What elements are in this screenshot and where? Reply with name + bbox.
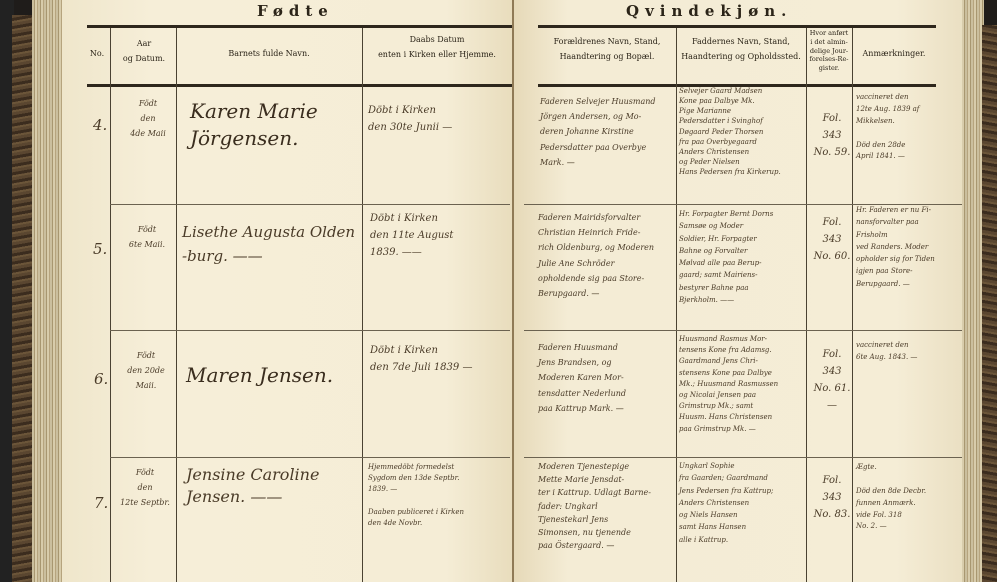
entry-number: 5. <box>93 240 107 258</box>
right-page: Qvindekjøn. Forældrenes Navn, Stand, Haa… <box>514 0 964 582</box>
entry-godparents: Huusmand Rasmus Mor- tensens Kone fra Ad… <box>679 334 805 435</box>
entry-ledger-reference: Fol. 343 No. 60. <box>812 214 852 265</box>
entry-baptism: Döbt i Kirken den 7de Juli 1839 — <box>370 342 510 376</box>
right-page-title: Qvindekjøn. <box>626 2 792 20</box>
entry-child-name: Lisethe Augusta Olden -burg. —— <box>182 220 362 268</box>
header-baptism-date: Daabs Datum enten i Kirken eller Hjemme. <box>362 32 512 62</box>
entry-number: 7. <box>94 494 108 512</box>
entry-godparents: Selvejer Gaard Madsen Kone paa Dalbye Mk… <box>679 86 805 177</box>
left-page: Fødte No. Aar og Datum. Barnets fulde Na… <box>62 0 514 582</box>
entry-parents: Faderen Mairidsforvalter Christian Heinr… <box>538 210 676 301</box>
header-bottom-rule <box>87 84 512 87</box>
header-child-name: Barnets fulde Navn. <box>176 46 362 61</box>
entry-child-name: Jensine Caroline Jensen. —— <box>186 464 362 509</box>
book-binding-right <box>982 25 997 582</box>
book-binding-left <box>12 15 34 582</box>
column-divider <box>806 28 807 582</box>
entry-remarks: vaccineret den 12te Aug. 1839 af Mikkels… <box>856 92 942 163</box>
left-page-title: Fødte <box>257 2 334 20</box>
page-edges-right <box>962 0 984 582</box>
entry-ledger-reference: Fol. 343 No. 59. <box>812 110 852 161</box>
entry-remarks: Hr. Faderen er nu Fi- nansforvalter paa … <box>856 204 946 290</box>
header-year-date: Aar og Datum. <box>112 36 176 66</box>
header-top-rule <box>538 25 936 28</box>
header-top-rule <box>87 25 512 28</box>
entry-remarks: vaccineret den 6te Aug. 1843. — <box>856 340 946 364</box>
entry-birth-date: Födt 6te Maii. <box>118 222 176 252</box>
row-divider <box>110 457 510 458</box>
entry-child-name: Karen Marie Jörgensen. <box>190 98 360 152</box>
entry-baptism: Döbt i Kirken den 11te August 1839. —— <box>370 210 510 261</box>
header-no: No. <box>82 46 112 61</box>
entry-ledger-reference: Fol. 343 No. 61. — <box>812 346 852 414</box>
entry-godparents: Ungkarl Sophie fra Gaarden; Gaardmand Je… <box>679 460 805 546</box>
column-divider <box>362 28 363 582</box>
entry-number: 6. <box>94 370 108 388</box>
column-divider <box>852 28 853 582</box>
entry-ledger-reference: Fol. 343 No. 83. <box>812 472 852 523</box>
header-godparents: Faddernes Navn, Stand, Haandtering og Op… <box>676 34 806 64</box>
header-remarks: Anmærkninger. <box>852 46 936 61</box>
entry-baptism: Hjemmedöbt formedelst Sygdom den 13de Se… <box>368 462 510 529</box>
entry-parents: Moderen Tjenestepige Mette Marie Jensdat… <box>538 460 676 552</box>
row-divider <box>110 330 510 331</box>
column-divider <box>110 28 111 582</box>
row-divider <box>524 330 964 331</box>
entry-baptism: Döbt i Kirken den 30te Junii — <box>368 102 510 136</box>
entry-birth-date: Födt den 4de Maii <box>120 96 176 142</box>
entry-birth-date: Födt den 20de Maii. <box>116 348 176 394</box>
column-divider <box>676 28 677 582</box>
header-parents: Forældrenes Navn, Stand, Haandtering og … <box>538 34 676 64</box>
entry-birth-date: Födt den 12te Septbr. <box>114 465 176 511</box>
page-edges-left <box>32 0 62 582</box>
entry-godparents: Hr. Forpagter Bernt Dorns Samsøe og Mode… <box>679 208 805 306</box>
row-divider <box>110 204 510 205</box>
column-divider <box>176 28 177 582</box>
entry-remarks: Ægte. Död den 8de Decbr. funnen Anmærk. … <box>856 462 946 533</box>
entry-parents: Faderen Selvejer Huusmand Jörgen Anderse… <box>540 94 676 170</box>
row-divider <box>524 457 964 458</box>
entry-parents: Faderen Huusmand Jens Brandsen, og Moder… <box>538 340 676 416</box>
entry-number: 4. <box>93 116 107 134</box>
header-ledger-reference: Hvor anført i det almin- delige Jour- fo… <box>806 29 852 73</box>
entry-child-name: Maren Jensen. <box>186 362 362 389</box>
